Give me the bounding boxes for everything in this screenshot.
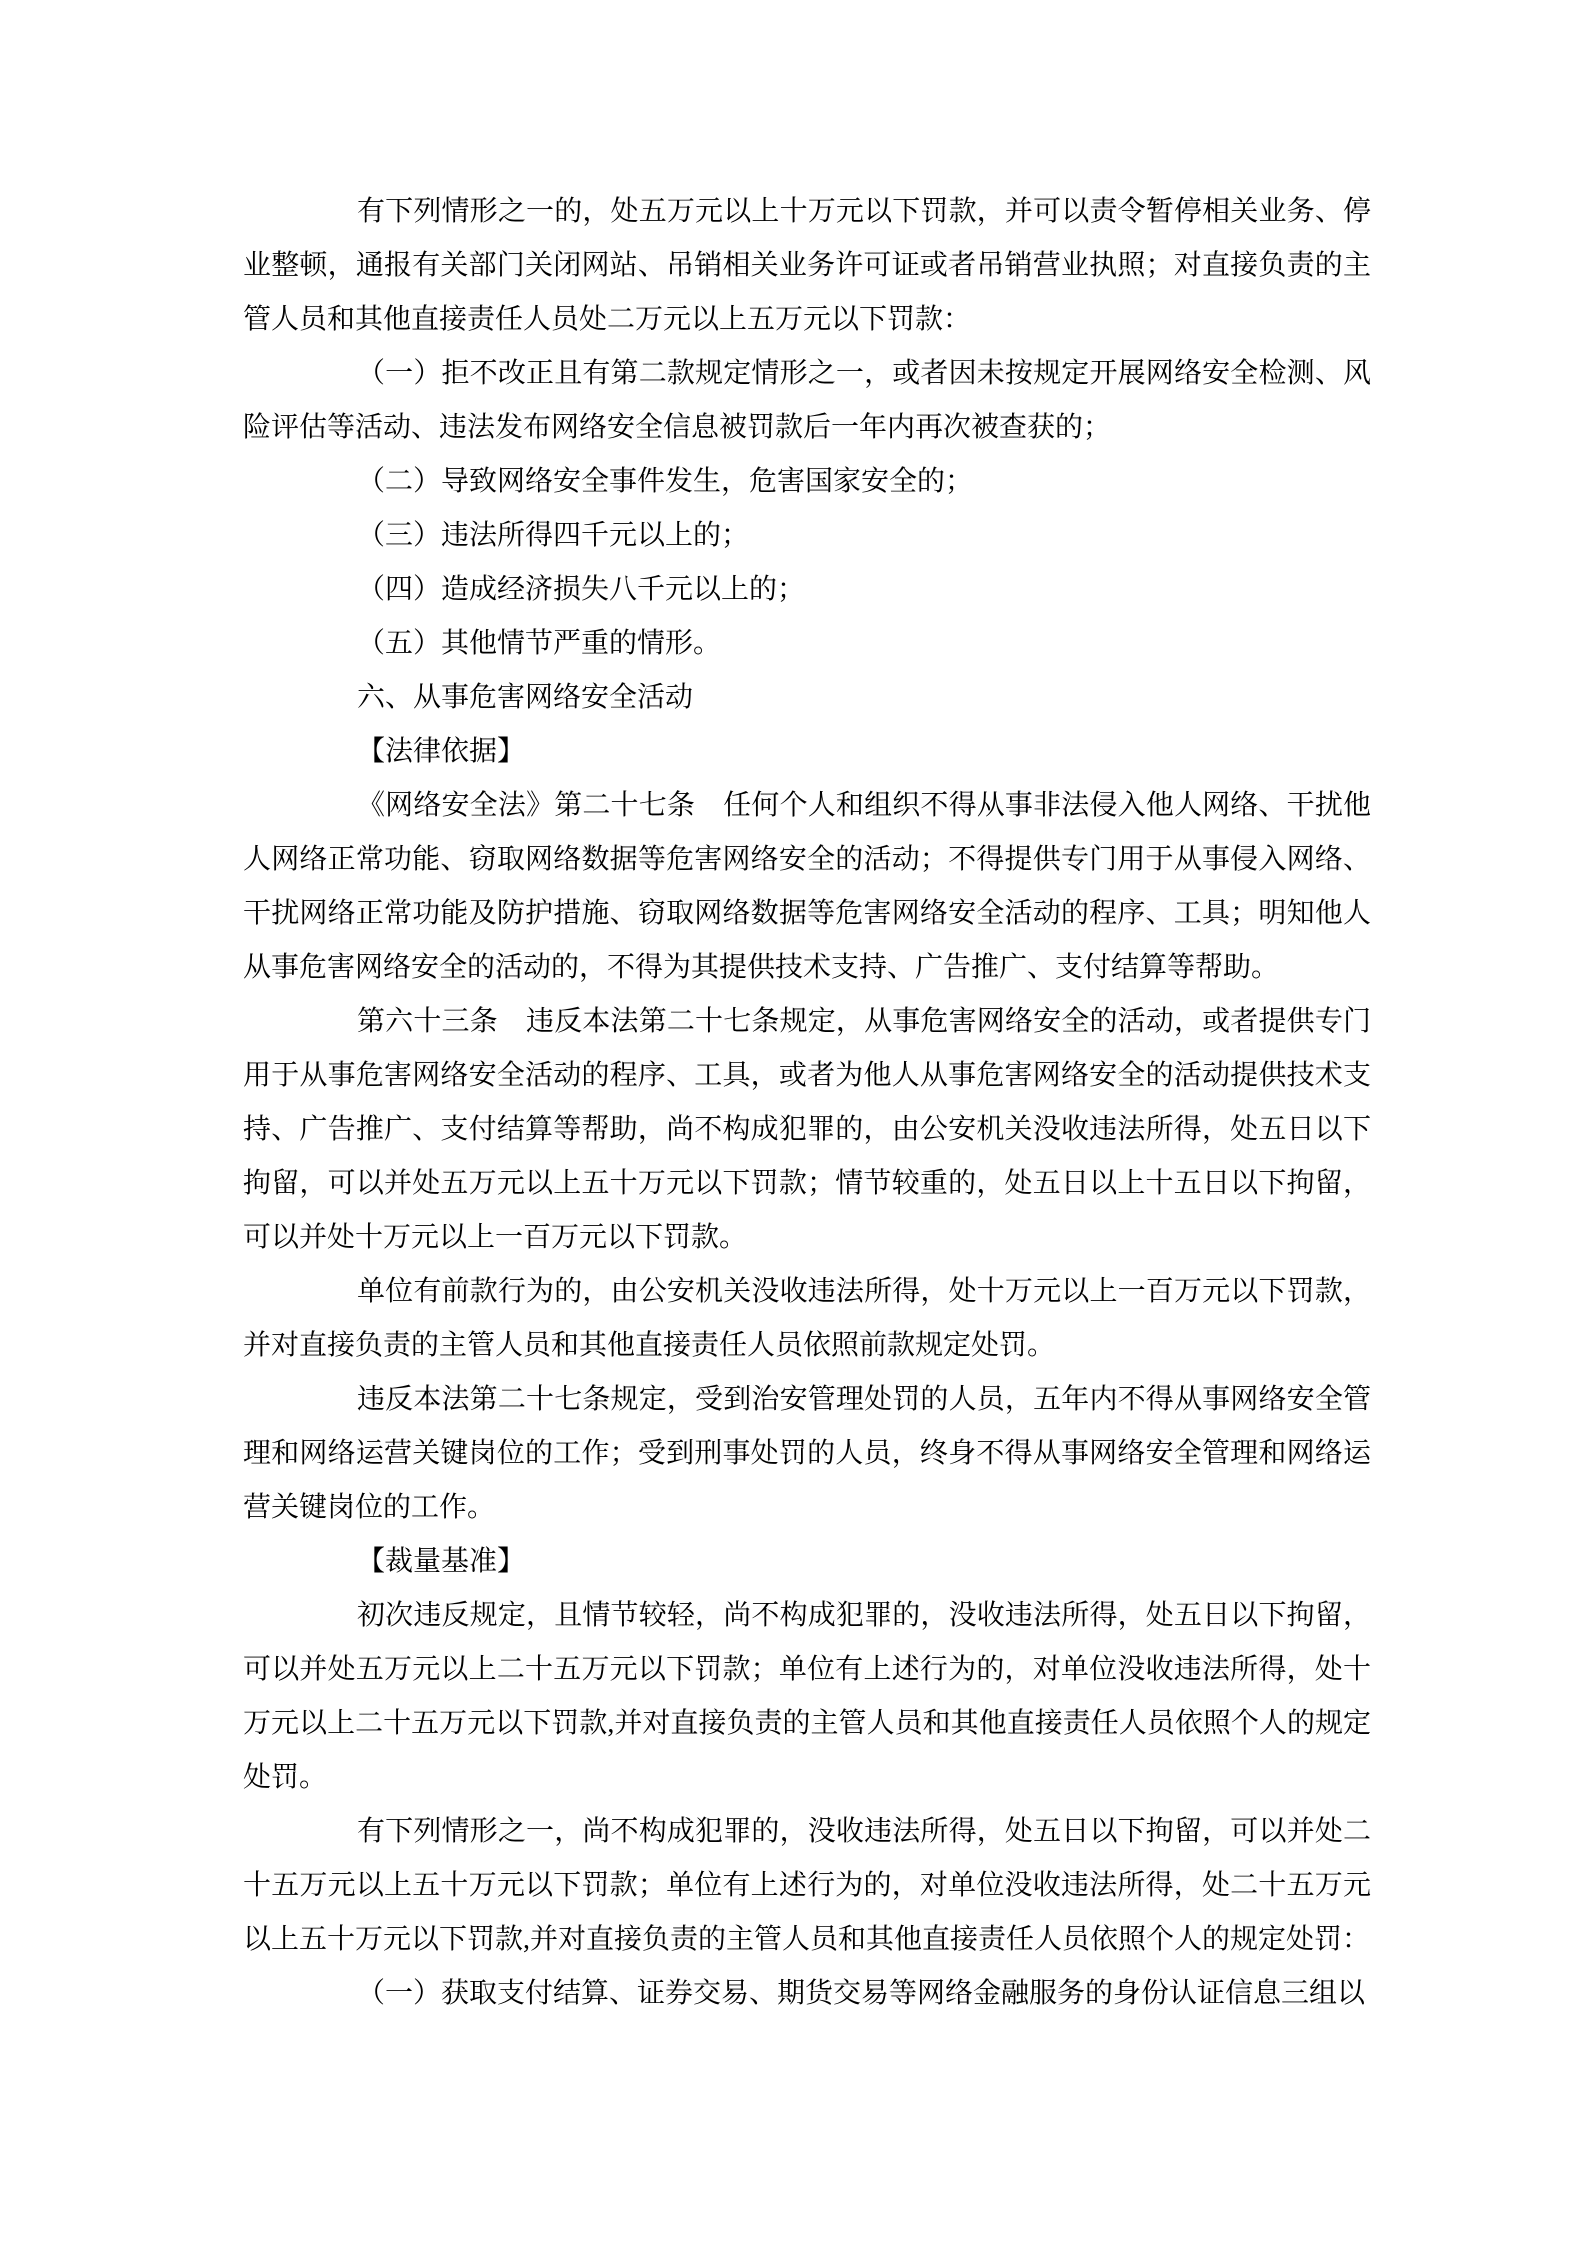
list-item-1: （一）拒不改正且有第二款规定情形之一，或者因未按规定开展网络安全检测、风险评估等… [243,347,1371,455]
para-first-violation: 初次违反规定，且情节较轻，尚不构成犯罪的，没收违法所得，处五日以下拘留，可以并处… [243,1589,1371,1805]
list-item-2: （二）导致网络安全事件发生，危害国家安全的； [243,455,1371,509]
para-employment-ban: 违反本法第二十七条规定，受到治安管理处罚的人员，五年内不得从事网络安全管理和网络… [243,1373,1371,1535]
para-aggravated-violation: 有下列情形之一，尚不构成犯罪的，没收违法所得，处五日以下拘留，可以并处二十五万元… [243,1805,1371,1967]
legal-basis-heading: 【法律依据】 [243,725,1371,779]
section-heading: 六、从事危害网络安全活动 [243,671,1371,725]
para-law-article-63: 第六十三条 违反本法第二十七条规定，从事危害网络安全的活动，或者提供专门用于从事… [243,995,1371,1265]
para-law-article-27: 《网络安全法》第二十七条 任何个人和组织不得从事非法侵入他人网络、干扰他人网络正… [243,779,1371,995]
para-unit-penalty: 单位有前款行为的，由公安机关没收违法所得，处十万元以上一百万元以下罚款，并对直接… [243,1265,1371,1373]
list-item-3: （三）违法所得四千元以上的； [243,509,1371,563]
document-page: 有下列情形之一的，处五万元以上十万元以下罚款，并可以责令暂停相关业务、停业整顿，… [0,0,1586,2244]
list-item-4: （四）造成经济损失八千元以上的； [243,563,1371,617]
para-penalty-provision: 有下列情形之一的，处五万元以上十万元以下罚款，并可以责令暂停相关业务、停业整顿，… [243,185,1371,347]
discretion-benchmark-heading: 【裁量基准】 [243,1535,1371,1589]
list-item-identity-info: （一）获取支付结算、证券交易、期货交易等网络金融服务的身份认证信息三组以 [243,1967,1371,2021]
list-item-5: （五）其他情节严重的情形。 [243,617,1371,671]
document-body: 有下列情形之一的，处五万元以上十万元以下罚款，并可以责令暂停相关业务、停业整顿，… [243,185,1371,2021]
